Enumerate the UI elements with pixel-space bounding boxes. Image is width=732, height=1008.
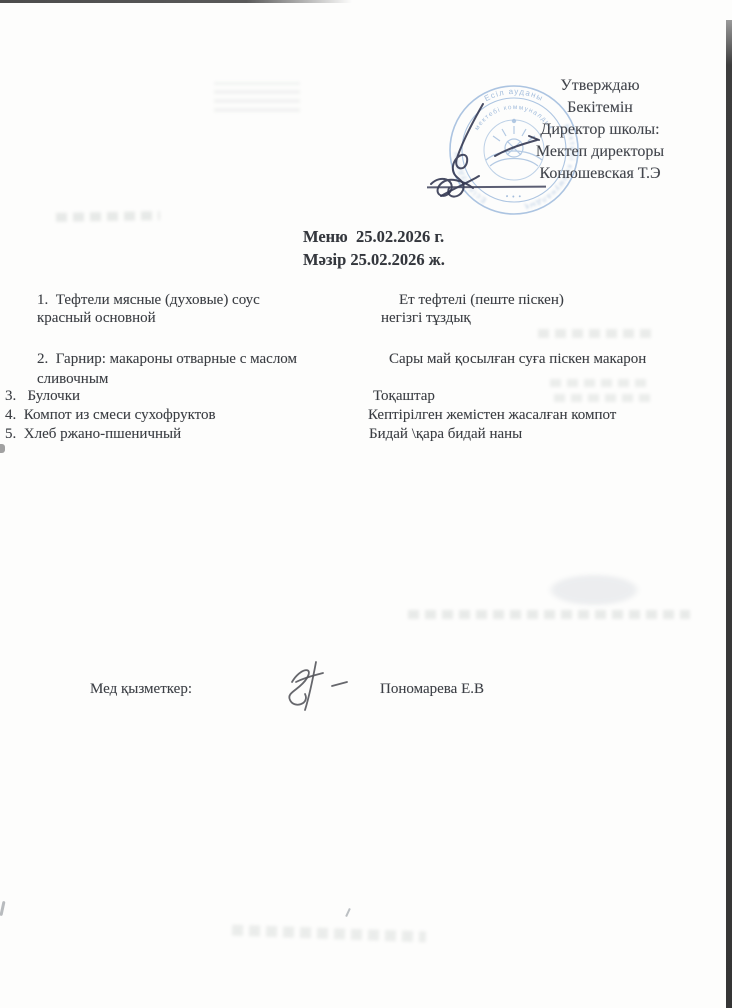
bleed-through-smudge: [548, 574, 640, 606]
approval-block: Утверждаю Бекітемін Директор школы: Мект…: [505, 75, 695, 185]
menu-item-ru: 2. Гарнир: макароны отварные с маслом: [37, 351, 297, 368]
menu-row: 2. Гарнир: макароны отварные с маслом Са…: [0, 351, 726, 372]
scanned-menu-document: { "page": { "background": "#fdfdfc", "in…: [0, 0, 732, 1008]
menu-item-ru: красный основной: [37, 310, 156, 327]
approval-line-utverzhdayu: Утверждаю: [505, 75, 695, 97]
approval-line-director-kk: Мектеп директоры: [505, 141, 695, 163]
menu-item-ru: 5. Хлеб ржано-пшеничный: [5, 426, 181, 443]
bleed-through-smudge: [56, 211, 160, 222]
menu-item-kk: Тоқаштар: [373, 388, 435, 405]
approval-director-name: Конюшевская Т.Э: [505, 163, 695, 185]
bleed-through-smudge: [232, 925, 426, 943]
scan-speck: [0, 444, 5, 453]
menu-item-ru: сливочным: [37, 371, 108, 388]
menu-row: 4. Компот из смеси сухофруктов Кептірілг…: [0, 407, 726, 428]
bleed-through-smudge: [550, 379, 652, 387]
menu-title-kk: Мәзір 25.02.2026 ж.: [303, 250, 445, 270]
menu-item-ru: 1. Тефтели мясные (духовые) соус: [37, 292, 260, 309]
scan-speck: [0, 901, 6, 916]
approval-line-director-ru: Директор школы:: [505, 119, 695, 141]
menu-item-kk: Сары май қосылған суға піскен макарон: [389, 351, 646, 368]
menu-item-ru: 4. Компот из смеси сухофруктов: [5, 407, 216, 424]
menu-row: красный основной негізгі тұздық: [0, 310, 726, 331]
menu-item-kk: негізгі тұздық: [381, 310, 471, 327]
bleed-through-smudge: [554, 394, 652, 402]
menu-item-kk: Ет тефтелі (пеште піскен): [399, 292, 564, 309]
bleed-through-smudge: [538, 329, 652, 338]
med-worker-name: Пономарева Е.В: [380, 681, 484, 698]
scan-edge-top: [0, 0, 352, 3]
approval-line-bekitemin: Бекітемін: [505, 97, 695, 119]
med-worker-signature: [262, 652, 372, 727]
menu-item-kk: Кептірілген жемістен жасалған компот: [368, 407, 616, 424]
menu-item-kk: Бидай \қара бидай наны: [369, 426, 522, 443]
menu-row: 5. Хлеб ржано-пшеничный Бидай \қара бида…: [0, 426, 726, 447]
med-worker-label: Мед қызметкер:: [90, 681, 192, 698]
scan-edge-right: [726, 20, 732, 1008]
bleed-through-smudge: [408, 610, 690, 619]
bleed-through-smudge: [214, 82, 300, 112]
scan-speck: [345, 908, 351, 917]
menu-title-ru: Меню 25.02.2026 г.: [303, 227, 444, 247]
menu-item-ru: 3. Булочки: [5, 388, 80, 405]
